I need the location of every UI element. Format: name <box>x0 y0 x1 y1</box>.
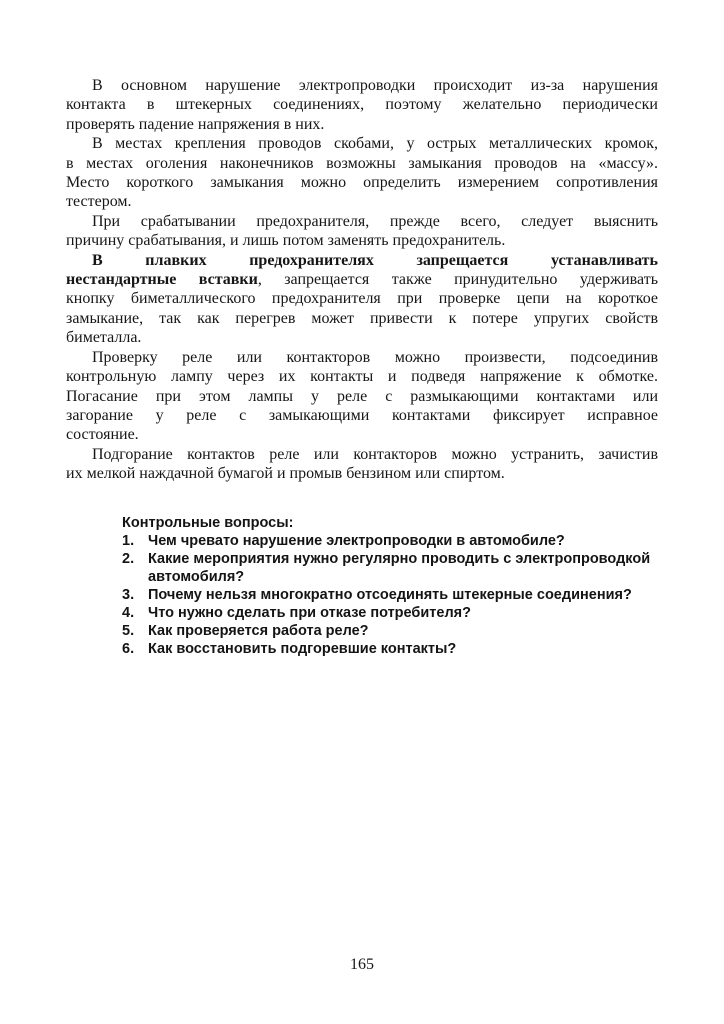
document-page: В основном нарушение электропроводки про… <box>0 0 724 1024</box>
paragraph: Проверку реле или контакторов можно прои… <box>66 348 658 445</box>
page-number: 165 <box>0 956 724 974</box>
paragraph: В основном нарушение электропроводки про… <box>66 76 658 134</box>
text-line: Проверку реле или контакторов можно прои… <box>66 348 658 367</box>
text-line: Погасание при этом лампы у реле с размык… <box>66 387 658 406</box>
question-text: Как проверяется работа реле? <box>148 622 658 640</box>
text-line: В плавких предохранителях запрещается ус… <box>66 251 658 270</box>
question-item: 2. Какие мероприятия нужно регулярно про… <box>122 550 658 586</box>
paragraph-with-bold: В плавких предохранителях запрещается ус… <box>66 251 658 348</box>
plain-text: биметалла. <box>66 329 141 346</box>
text-line: контакта в штекерных соединениях, поэтом… <box>66 95 658 114</box>
questions-heading: Контрольные вопросы: <box>122 514 658 532</box>
question-number: 5. <box>122 622 148 640</box>
text-line: состояние. <box>66 425 658 444</box>
text-line: В основном нарушение электропроводки про… <box>66 76 658 95</box>
bold-text: В плавких предохранителях запрещается ус… <box>92 252 658 269</box>
text-line: В местах крепления проводов скобами, у о… <box>66 134 658 153</box>
text-line: замыкание, так как перегрев может привес… <box>66 309 658 328</box>
question-number: 2. <box>122 550 148 568</box>
text-line: нестандартные вставки, запрещается также… <box>66 270 658 289</box>
question-number: 1. <box>122 532 148 550</box>
plain-text: кнопку биметаллического предохранителя п… <box>66 290 658 307</box>
control-questions-section: Контрольные вопросы: 1. Чем чревато нару… <box>122 514 658 658</box>
bold-text: нестандартные вставки <box>66 271 258 288</box>
text-line: в местах оголения наконечников возможны … <box>66 154 658 173</box>
paragraph: Подгорание контактов реле или контакторо… <box>66 445 658 484</box>
question-item: 4. Что нужно сделать при отказе потребит… <box>122 604 658 622</box>
question-text: Что нужно сделать при отказе потребителя… <box>148 604 658 622</box>
text-line: контрольную лампу через их контакты и по… <box>66 367 658 386</box>
question-item: 5. Как проверяется работа реле? <box>122 622 658 640</box>
body-text: В основном нарушение электропроводки про… <box>66 76 658 658</box>
text-line: тестером. <box>66 192 658 211</box>
plain-text: , запрещается также принудительно удержи… <box>258 271 658 288</box>
plain-text: замыкание, так как перегрев может привес… <box>66 310 658 327</box>
text-line: При срабатывании предохранителя, прежде … <box>66 212 658 231</box>
text-line: причину срабатывания, и лишь потом замен… <box>66 231 658 250</box>
text-line: Подгорание контактов реле или контакторо… <box>66 445 658 464</box>
text-line: кнопку биметаллического предохранителя п… <box>66 289 658 308</box>
text-line: биметалла. <box>66 328 658 347</box>
text-line: Место короткого замыкания можно определи… <box>66 173 658 192</box>
paragraph: В местах крепления проводов скобами, у о… <box>66 134 658 212</box>
text-line: их мелкой наждачной бумагой и промыв бен… <box>66 464 658 483</box>
question-number: 6. <box>122 640 148 658</box>
question-text: Какие мероприятия нужно регулярно провод… <box>148 550 658 586</box>
question-item: 1. Чем чревато нарушение электропроводки… <box>122 532 658 550</box>
question-number: 3. <box>122 586 148 604</box>
question-item: 6. Как восстановить подгоревшие контакты… <box>122 640 658 658</box>
question-item: 3. Почему нельзя многократно отсоединять… <box>122 586 658 604</box>
question-number: 4. <box>122 604 148 622</box>
text-line: проверять падение напряжения в них. <box>66 115 658 134</box>
question-text: Как восстановить подгоревшие контакты? <box>148 640 658 658</box>
question-text: Почему нельзя многократно отсоединять шт… <box>148 586 658 604</box>
text-line: загорание у реле с замыкающими контактам… <box>66 406 658 425</box>
question-text: Чем чревато нарушение электропроводки в … <box>148 532 658 550</box>
paragraph: При срабатывании предохранителя, прежде … <box>66 212 658 251</box>
